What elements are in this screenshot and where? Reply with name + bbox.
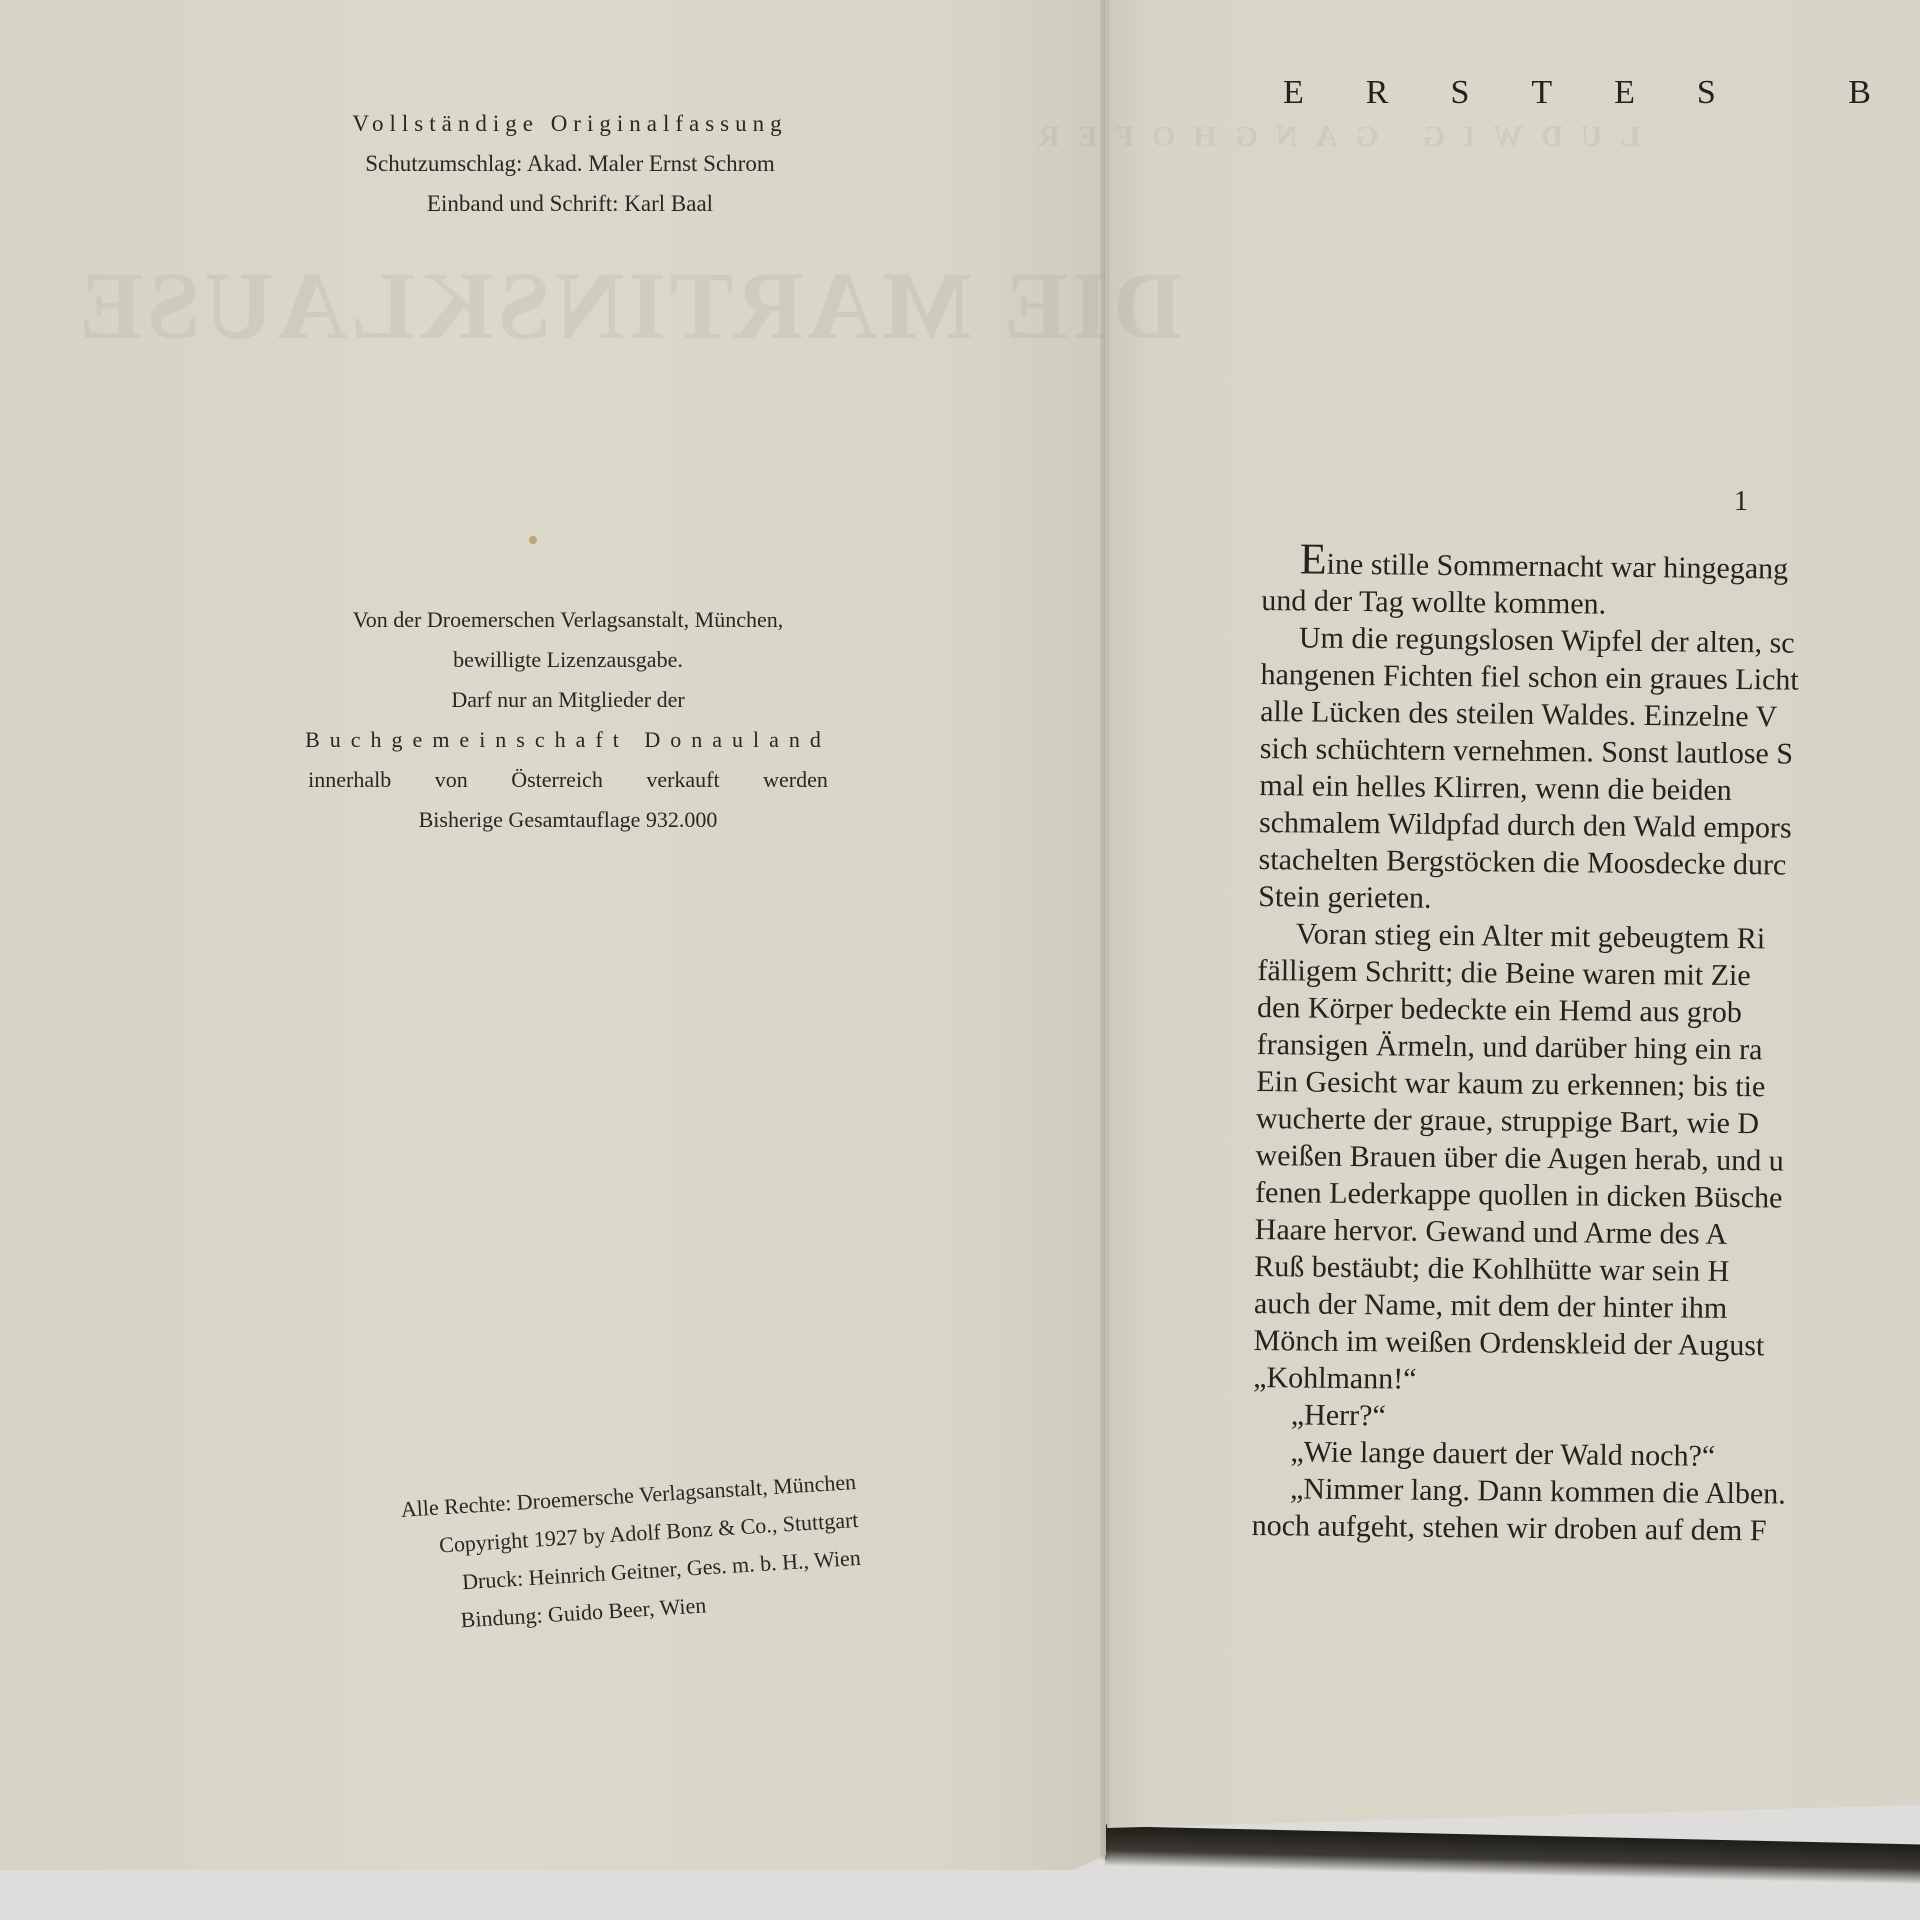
license-line: innerhalb von Österreich verkauft werden <box>288 760 848 800</box>
license-line: Darf nur an Mitglieder der <box>288 680 848 720</box>
imprint-line: Vollständige Originalfassung <box>290 104 850 144</box>
imprint-line: Schutzumschlag: Akad. Maler Ernst Schrom <box>290 144 850 184</box>
imprint-line: Einband und Schrift: Karl Baal <box>290 184 850 224</box>
license-line: Buchgemeinschaft Donauland <box>288 720 848 760</box>
imprint-credits: Vollständige Originalfassung Schutzumsch… <box>290 104 850 224</box>
drop-cap: E <box>1300 534 1327 583</box>
text-line: noch aufgeht, stehen wir droben auf dem … <box>1251 1507 1920 1551</box>
showthrough-author: LUDWIG GANGHOFER <box>1020 120 1641 154</box>
foxing-spot <box>529 536 537 544</box>
license-line: Bisherige Gesamtauflage 932.000 <box>288 800 848 840</box>
license-notice: Von der Droemerschen Verlagsanstalt, Mün… <box>288 600 848 840</box>
license-line: bewilligte Lizenzausgabe. <box>288 640 848 680</box>
running-head: ERSTES B <box>1283 74 1920 112</box>
chapter-body: Eine stille Sommernacht war hingegang un… <box>1251 540 1920 1551</box>
license-line: Von der Droemerschen Verlagsanstalt, Mün… <box>288 600 848 640</box>
chapter-number: 1 <box>1734 486 1748 518</box>
showthrough-title: DIE MARTINSKLAUSE <box>75 250 1183 361</box>
text-line: Eine stille Sommernacht war hingegang <box>1262 540 1920 589</box>
